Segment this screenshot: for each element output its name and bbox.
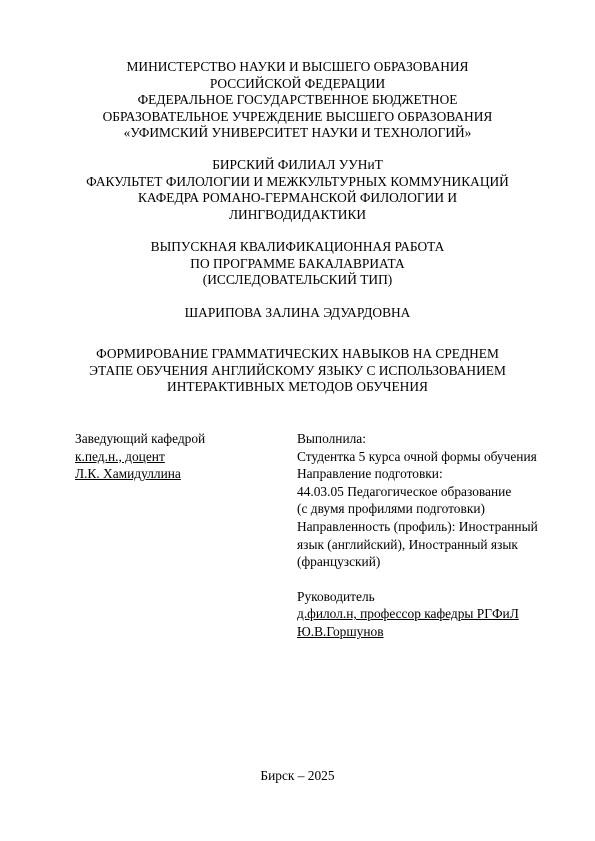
work-type: ВЫПУСКНАЯ КВАЛИФИКАЦИОННАЯ РАБОТА ПО ПРО… xyxy=(0,239,595,289)
branch-line: БИРСКИЙ ФИЛИАЛ УУНиТ xyxy=(0,157,595,174)
branch-header: БИРСКИЙ ФИЛИАЛ УУНиТ ФАКУЛЬТЕТ ФИЛОЛОГИИ… xyxy=(0,157,595,223)
author-text: ШАРИПОВА ЗАЛИНА ЭДУАРДОВНА xyxy=(0,305,595,322)
ministry-line: РОССИЙСКОЙ ФЕДЕРАЦИИ xyxy=(0,76,595,93)
branch-line: ФАКУЛЬТЕТ ФИЛОЛОГИИ И МЕЖКУЛЬТУРНЫХ КОММ… xyxy=(0,174,595,191)
work-type-line: (ИССЛЕДОВАТЕЛЬСКИЙ ТИП) xyxy=(0,272,595,289)
ministry-line: ОБРАЗОВАТЕЛЬНОЕ УЧРЕЖДЕНИЕ ВЫСШЕГО ОБРАЗ… xyxy=(0,109,595,126)
direction-label: Направление подготовки: xyxy=(297,465,538,483)
branch-line: КАФЕДРА РОМАНО-ГЕРМАНСКОЙ ФИЛОЛОГИИ И xyxy=(0,190,595,207)
thesis-title: ФОРМИРОВАНИЕ ГРАММАТИЧЕСКИХ НАВЫКОВ НА С… xyxy=(0,346,595,396)
title-line: ИНТЕРАКТИВНЫХ МЕТОДОВ ОБУЧЕНИЯ xyxy=(0,379,595,396)
performer-student: Студентка 5 курса очной формы обучения xyxy=(297,448,538,466)
head-label: Заведующий кафедрой xyxy=(75,430,205,448)
profile-line: Направленность (профиль): Иностранный xyxy=(297,518,538,536)
performer-block: Выполнила: Студентка 5 курса очной формы… xyxy=(297,430,538,641)
title-line: ФОРМИРОВАНИЕ ГРАММАТИЧЕСКИХ НАВЫКОВ НА С… xyxy=(0,346,595,363)
author-name: ШАРИПОВА ЗАЛИНА ЭДУАРДОВНА xyxy=(0,305,595,322)
head-degree: к.пед.н., доцент xyxy=(75,448,205,466)
supervisor-label: Руководитель xyxy=(297,588,538,606)
work-type-line: ПО ПРОГРАММЕ БАКАЛАВРИАТА xyxy=(0,256,595,273)
direction: 44.03.05 Педагогическое образование xyxy=(297,483,538,501)
spacer xyxy=(297,571,538,588)
ministry-line: «УФИМСКИЙ УНИВЕРСИТЕТ НАУКИ И ТЕХНОЛОГИЙ… xyxy=(0,125,595,142)
work-type-line: ВЫПУСКНАЯ КВАЛИФИКАЦИОННАЯ РАБОТА xyxy=(0,239,595,256)
branch-line: ЛИНГВОДИДАКТИКИ xyxy=(0,207,595,224)
ministry-line: МИНИСТЕРСТВО НАУКИ И ВЫСШЕГО ОБРАЗОВАНИЯ xyxy=(0,59,595,76)
ministry-header: МИНИСТЕРСТВО НАУКИ И ВЫСШЕГО ОБРАЗОВАНИЯ… xyxy=(0,59,595,142)
title-line: ЭТАПЕ ОБУЧЕНИЯ АНГЛИЙСКОМУ ЯЗЫКУ С ИСПОЛ… xyxy=(0,363,595,380)
supervisor-degree: д.филол.н, профессор кафедры РГФиЛ xyxy=(297,605,538,623)
direction-note: (с двумя профилями подготовки) xyxy=(297,500,538,518)
head-name: Л.К. Хамидуллина xyxy=(75,465,205,483)
ministry-line: ФЕДЕРАЛЬНОЕ ГОСУДАРСТВЕННОЕ БЮДЖЕТНОЕ xyxy=(0,92,595,109)
profile-line: (французский) xyxy=(297,553,538,571)
city-year-footer: Бирск – 2025 xyxy=(0,768,595,785)
performer-label: Выполнила: xyxy=(297,430,538,448)
head-of-department-block: Заведующий кафедрой к.пед.н., доцент Л.К… xyxy=(75,430,205,483)
supervisor-name: Ю.В.Горшунов xyxy=(297,623,538,641)
profile-line: язык (английский), Иностранный язык xyxy=(297,536,538,554)
